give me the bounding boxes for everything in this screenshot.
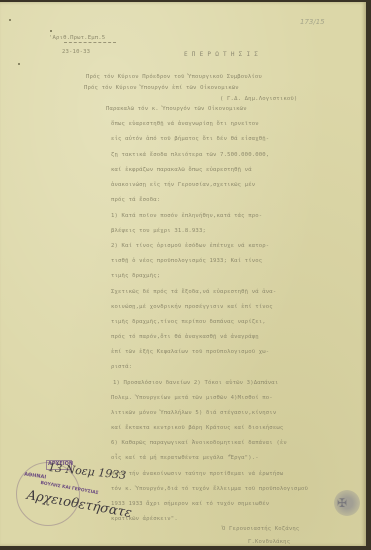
body-line: οἷς καί τά μή περατωθέντα μεγάλα "Ἔργα")… bbox=[111, 455, 259, 461]
body-line: τιμῆς δραχμῆς,τίνος περίπου δαπάνας ναρί… bbox=[111, 319, 266, 325]
body-line: τισθῇ ὁ νέος προϋπολογισμός 1933; Καί τί… bbox=[111, 258, 262, 264]
signature-name: Γ.Κονδυλάκης bbox=[248, 539, 290, 545]
speck bbox=[9, 19, 11, 21]
body-line: 1933 1933 ἄχρι σήμερον καί τό τυχόν σημε… bbox=[111, 501, 269, 507]
speck bbox=[50, 30, 52, 32]
body-line: 1) Κατά ποῖον ποσόν ἐπληνήθην,κατά τάς π… bbox=[111, 213, 262, 219]
body-line: πρός τό παρόν,ὅτι θά ἀναγκασθῇ νά ἀναγρά… bbox=[111, 334, 259, 340]
body-line: τιμῆς δραχμῆς; bbox=[111, 273, 160, 279]
addressee-line: Πρός τόν Κύριον Πρόεδρον τοῦ Ὑπουργικοῦ … bbox=[86, 74, 262, 80]
addressee-line: Πρός τόν Κύριον Ὑπουργόν ἐπί τῶν Οἰκονομ… bbox=[84, 85, 239, 91]
divider bbox=[64, 42, 116, 43]
body-line: πρός τά ἔσοδα: bbox=[111, 197, 160, 203]
body-line: λιτικῶν μόνον Ὑπαλλήλων 5) διά στέγασιν,… bbox=[111, 410, 276, 416]
document-date: 23-10-33 bbox=[62, 49, 90, 55]
body-line: βλέψεις του μέχρι 31.8.933; bbox=[111, 228, 206, 234]
body-line: κοινώσῃ,μέ χονδρικήν προσέγγισιν καί ἐπί… bbox=[111, 304, 273, 310]
body-line: Πολεμ. Ὑπουργείων μετά τῶν μισθῶν 4)Μισθ… bbox=[111, 395, 273, 401]
document-page: 173/15 'Αριθ.Πρωτ.Εμπ.5 23-10-33 ΕΠΕΡΩΤΗ… bbox=[0, 2, 366, 546]
body-line: καί ἐκφράζων παρακαλῶ ὅπως εὐαρεστηθῇ νά bbox=[111, 167, 252, 173]
body-line: 2) Καί τίνος ὁρισμοῦ ἐσόδων ἐπέτυχε νά κ… bbox=[111, 243, 269, 249]
document-title: ΕΠΕΡΩΤΗΣΙΣ bbox=[184, 51, 262, 58]
body-line: ζῃ τακτικά ἔσοδα πλειότερα τῶν 7.500.000… bbox=[111, 152, 269, 158]
body-line: Παρακαλῶ τόν κ. Ὑπουργόν τῶν Οἰκονομικῶν bbox=[106, 106, 247, 112]
body-line: καί ἔκτακτα κεντρικοῦ βάρη Κράτους καί δ… bbox=[111, 425, 283, 431]
body-line: Μετά τήν ἀνακοίνωσιν ταύτην προτίθεμαι ν… bbox=[111, 471, 283, 477]
protocol-number: 'Αριθ.Πρωτ.Εμπ.5 bbox=[49, 35, 105, 41]
crest-icon: ✠ bbox=[337, 496, 347, 510]
body-line: ἀνακοινώσῃ εἰς τήν Γερουσίαν,σχετικῶς μέ… bbox=[111, 182, 255, 188]
speck bbox=[18, 63, 20, 65]
body-line: Σχετικῶς δέ πρός τά ἔξοδα,νά εὐαρεστηθῇ … bbox=[111, 289, 276, 295]
body-line: εἰς αὐτόν ἀπό τοῦ βήματος ὅτι δέν θά εἰσ… bbox=[111, 136, 269, 142]
body-line: ἐπί τῶν ἑξῆς Κεφαλαίων τοῦ προϋπολογισμο… bbox=[111, 349, 269, 355]
signature-title: Ὁ Γερουσιαστής Κοζάνης bbox=[222, 526, 299, 532]
body-line: τόν κ. Ὑπουργόν,διά τό τυχόν ἔλλειμμα το… bbox=[111, 486, 308, 492]
body-line: 6) Καθαρῶς παραγωγικαί Ἀνοικοδομητικαί δ… bbox=[111, 440, 287, 446]
body-line: 1) Προσαλόσιον δανείων 2) Τόκοι αὐτῶν 3)… bbox=[113, 380, 278, 386]
body-line: ριστά: bbox=[111, 364, 132, 370]
body-line: ὅπως εὐαρεστηθῇ νά ἀναγνωρίσῃ ὅτι ηρνεῖτ… bbox=[111, 121, 259, 127]
folio-number: 173/15 bbox=[300, 18, 325, 26]
addressee-line: ( Γ.Δ. Δημ.Λογιστικοῦ) bbox=[220, 96, 297, 102]
